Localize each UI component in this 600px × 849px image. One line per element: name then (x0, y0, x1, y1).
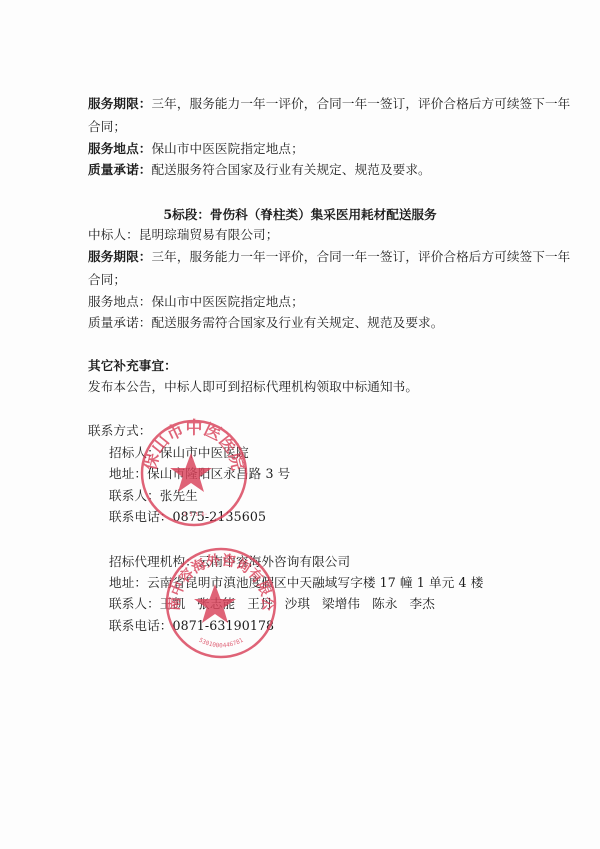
person: 梁增伟 (322, 596, 360, 611)
value: 昆明琮瑞贸易有限公司； (139, 227, 279, 242)
agency-address: 地址：云南省昆明市滇池度假区中天融域写字楼 17 幢 1 单元 4 楼 (109, 575, 483, 591)
label: 联系人： (109, 596, 160, 611)
label: 服务期限： (88, 96, 151, 111)
label: 中标人： (88, 227, 139, 242)
lot5-service-period-cont: 合同； (88, 272, 126, 288)
tenderer-phone: 联系电话：0875-2135605 (109, 509, 266, 525)
label: 联系人： (109, 488, 160, 503)
agency-persons: 联系人：王凯张志能王丹沙琪梁增伟陈永李杰 (109, 596, 435, 612)
tenderer-address: 地址：保山市隆阳区永昌路 3 号 (109, 466, 290, 482)
label: 联系电话： (109, 509, 172, 524)
label: 招标代理机构： (109, 554, 198, 569)
label: 招标人： (109, 445, 160, 460)
person: 张志能 (197, 596, 235, 611)
lot4-service-period: 服务期限：三年，服务能力一年一评价，合同一年一签订，评价合格后方可续签下一年 (88, 96, 570, 112)
label: 地址： (109, 575, 147, 590)
value: 配送服务符合国家及行业有关规定、规范及要求。 (151, 162, 430, 177)
label: 联系电话： (109, 618, 172, 633)
tenderer-person: 联系人：张先生 (109, 488, 198, 504)
label: 服务地点： (88, 294, 151, 309)
agency-name: 招标代理机构：云南中容海外咨询有限公司 (109, 554, 350, 570)
lot5-winner: 中标人：昆明琮瑞贸易有限公司； (88, 227, 278, 243)
value: 配送服务需符合国家及行业有关规定、规范及要求。 (151, 315, 443, 330)
label: 服务期限： (88, 249, 151, 264)
value: 云南中容海外咨询有限公司 (198, 554, 350, 569)
person: 沙琪 (285, 596, 310, 611)
label: 质量承诺： (88, 162, 151, 177)
value: 三年，服务能力一年一评价，合同一年一签订，评价合格后方可续签下一年 (151, 249, 570, 264)
supplementary-heading: 其它补充事宜： (88, 358, 177, 374)
person: 王凯 (160, 596, 185, 611)
lot4-service-location: 服务地点：保山市中医医院指定地点； (88, 141, 304, 157)
value: 张先生 (160, 488, 198, 503)
svg-text:5301000446781: 5301000446781 (198, 637, 245, 650)
agency-phone: 联系电话：0871-63190178 (109, 618, 274, 634)
value: 保山市隆阳区永昌路 3 号 (147, 466, 290, 481)
supplementary-text: 发布本公告，中标人即可到招标代理机构领取中标通知书。 (88, 379, 418, 395)
person: 王丹 (247, 596, 272, 611)
lot5-service-period: 服务期限：三年，服务能力一年一评价，合同一年一签订，评价合格后方可续签下一年 (88, 249, 570, 265)
value: 保山市中医医院 (160, 445, 249, 460)
document-page: 服务期限：三年，服务能力一年一评价，合同一年一签订，评价合格后方可续签下一年 合… (0, 0, 600, 849)
label: 服务地点： (88, 141, 151, 156)
person: 李杰 (410, 596, 435, 611)
tenderer-name: 招标人：保山市中医医院 (109, 445, 249, 461)
lot5-title: 5标段：骨伤科（脊柱类）集采医用耗材配送服务 (0, 207, 600, 223)
lot4-quality: 质量承诺：配送服务符合国家及行业有关规定、规范及要求。 (88, 162, 431, 178)
person: 陈永 (372, 596, 397, 611)
value: 云南省昆明市滇池度假区中天融域写字楼 17 幢 1 单元 4 楼 (147, 575, 483, 590)
label: 地址： (109, 466, 147, 481)
lot4-service-period-cont: 合同； (88, 119, 126, 135)
lot5-service-location: 服务地点：保山市中医医院指定地点； (88, 294, 304, 310)
value: 三年，服务能力一年一评价，合同一年一签订，评价合格后方可续签下一年 (151, 96, 570, 111)
contact-heading: 联系方式： (88, 423, 151, 439)
value: 0875-2135605 (172, 509, 266, 524)
value: 0871-63190178 (172, 618, 274, 633)
value: 保山市中医医院指定地点； (151, 141, 303, 156)
lot5-quality: 质量承诺：配送服务需符合国家及行业有关规定、规范及要求。 (88, 315, 443, 331)
label: 质量承诺： (88, 315, 151, 330)
value: 保山市中医医院指定地点； (151, 294, 303, 309)
